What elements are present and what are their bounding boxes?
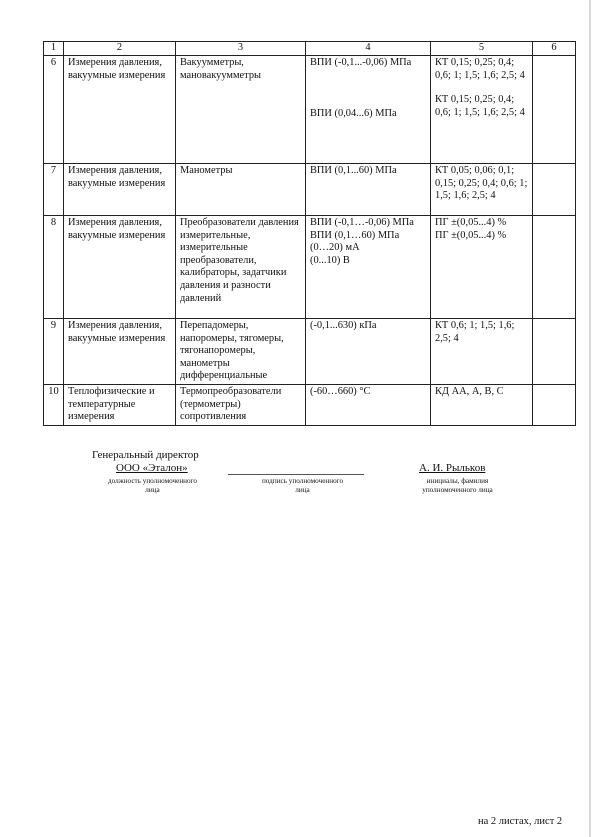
row-number: 8: [44, 216, 64, 319]
range-line: ВПИ (0,1...60) МПа: [310, 165, 426, 178]
column-header: 2: [64, 42, 176, 56]
caption-line: подпись уполномоченного: [240, 477, 365, 486]
range-line: (0...10) В: [310, 255, 426, 268]
measurement-field: Измерения давления, вакуумные измерения: [64, 216, 176, 319]
position-caption: должность уполномоченного лица: [90, 477, 215, 495]
note-cell: [533, 56, 576, 164]
instrument-types: Термопреобразователи (термометры) сопрот…: [176, 384, 306, 425]
measurement-field: Измерения давления, вакуумные измерения: [64, 319, 176, 385]
column-header: 1: [44, 42, 64, 56]
accuracy-line: ПГ ±(0,05...4) %: [435, 217, 528, 230]
column-header: 3: [176, 42, 306, 56]
range-line: (-0,1...630) кПа: [310, 320, 426, 333]
caption-line: лица: [90, 486, 215, 495]
measurement-field: Измерения давления, вакуумные измерения: [64, 56, 176, 164]
row-number: 9: [44, 319, 64, 385]
measurement-field: Теплофизические и температурные измерени…: [64, 384, 176, 425]
range-line: ВПИ (-0,1…-0,06) МПа: [310, 217, 426, 230]
row-number: 6: [44, 56, 64, 164]
table-header-row: 1 2 3 4 5 6: [44, 42, 576, 56]
table-row: 6 Измерения давления, вакуумные измерени…: [44, 56, 576, 164]
measurement-range: ВПИ (0,1...60) МПа: [306, 164, 431, 216]
accuracy-class: КТ 0,05; 0,06; 0,1; 0,15; 0,25; 0,4; 0,6…: [431, 164, 533, 216]
note-cell: [533, 216, 576, 319]
accuracy-line: КД АА, А, В, С: [435, 386, 528, 399]
caption-line: лица: [240, 486, 365, 495]
caption-line: уполномоченного лица: [395, 486, 520, 495]
column-header: 5: [431, 42, 533, 56]
signatory-name: А. И. Рыльков: [419, 462, 485, 474]
accuracy-class: КТ 0,15; 0,25; 0,4; 0,6; 1; 1,5; 1,6; 2,…: [431, 56, 533, 164]
note-cell: [533, 164, 576, 216]
name-caption: инициалы, фамилия уполномоченного лица: [395, 477, 520, 495]
range-line: ВПИ (0,1…60) МПа: [310, 230, 426, 243]
range-line: ВПИ (-0,1...-0,06) МПа: [310, 57, 426, 70]
caption-line: инициалы, фамилия: [395, 477, 520, 486]
note-cell: [533, 384, 576, 425]
accuracy-line: КТ 0,15; 0,25; 0,4; 0,6; 1; 1,5; 1,6; 2,…: [435, 57, 528, 82]
signatory-position: Генеральный директор: [92, 449, 199, 461]
row-number: 10: [44, 384, 64, 425]
accuracy-line: КТ 0,15; 0,25; 0,4; 0,6; 1; 1,5; 1,6; 2,…: [435, 94, 528, 119]
instrument-types: Вакуумметры, мановакуумметры: [176, 56, 306, 164]
accreditation-scope-table: 1 2 3 4 5 6 6 Измерения давления, вакуум…: [43, 41, 576, 426]
note-cell: [533, 319, 576, 385]
signature-caption: подпись уполномоченного лица: [240, 477, 365, 495]
column-header: 6: [533, 42, 576, 56]
measurement-range: (-60…660) °C: [306, 384, 431, 425]
table-row: 9 Измерения давления, вакуумные измерени…: [44, 319, 576, 385]
range-line: (0…20) мА: [310, 242, 426, 255]
page-edge: [589, 0, 591, 837]
table-row: 7 Измерения давления, вакуумные измерени…: [44, 164, 576, 216]
accuracy-line: КТ 0,05; 0,06; 0,1; 0,15; 0,25; 0,4; 0,6…: [435, 165, 528, 203]
row-number: 7: [44, 164, 64, 216]
instrument-types: Перепадомеры, напоромеры, тягомеры, тяго…: [176, 319, 306, 385]
measurement-range: (-0,1...630) кПа: [306, 319, 431, 385]
instrument-types: Преобразователи давления измерительные, …: [176, 216, 306, 319]
accuracy-line: КТ 0,6; 1; 1,5; 1,6; 2,5; 4: [435, 320, 528, 345]
table-row: 8 Измерения давления, вакуумные измерени…: [44, 216, 576, 319]
measurement-range: ВПИ (-0,1...-0,06) МПа ВПИ (0,04...6) МП…: [306, 56, 431, 164]
measurement-field: Измерения давления, вакуумные измерения: [64, 164, 176, 216]
signatory-organization: ООО «Эталон»: [116, 462, 188, 474]
range-line: (-60…660) °C: [310, 386, 426, 399]
signature-line: [228, 474, 364, 475]
measurement-range: ВПИ (-0,1…-0,06) МПа ВПИ (0,1…60) МПа (0…: [306, 216, 431, 319]
range-line: ВПИ (0,04...6) МПа: [310, 108, 426, 121]
caption-line: должность уполномоченного: [90, 477, 215, 486]
sheet-info: на 2 листах, лист 2: [478, 816, 562, 827]
table-row: 10 Теплофизические и температурные измер…: [44, 384, 576, 425]
accuracy-class: КД АА, А, В, С: [431, 384, 533, 425]
instrument-types: Манометры: [176, 164, 306, 216]
accuracy-line: ПГ ±(0,05...4) %: [435, 230, 528, 243]
accuracy-class: ПГ ±(0,05...4) % ПГ ±(0,05...4) %: [431, 216, 533, 319]
column-header: 4: [306, 42, 431, 56]
accuracy-class: КТ 0,6; 1; 1,5; 1,6; 2,5; 4: [431, 319, 533, 385]
